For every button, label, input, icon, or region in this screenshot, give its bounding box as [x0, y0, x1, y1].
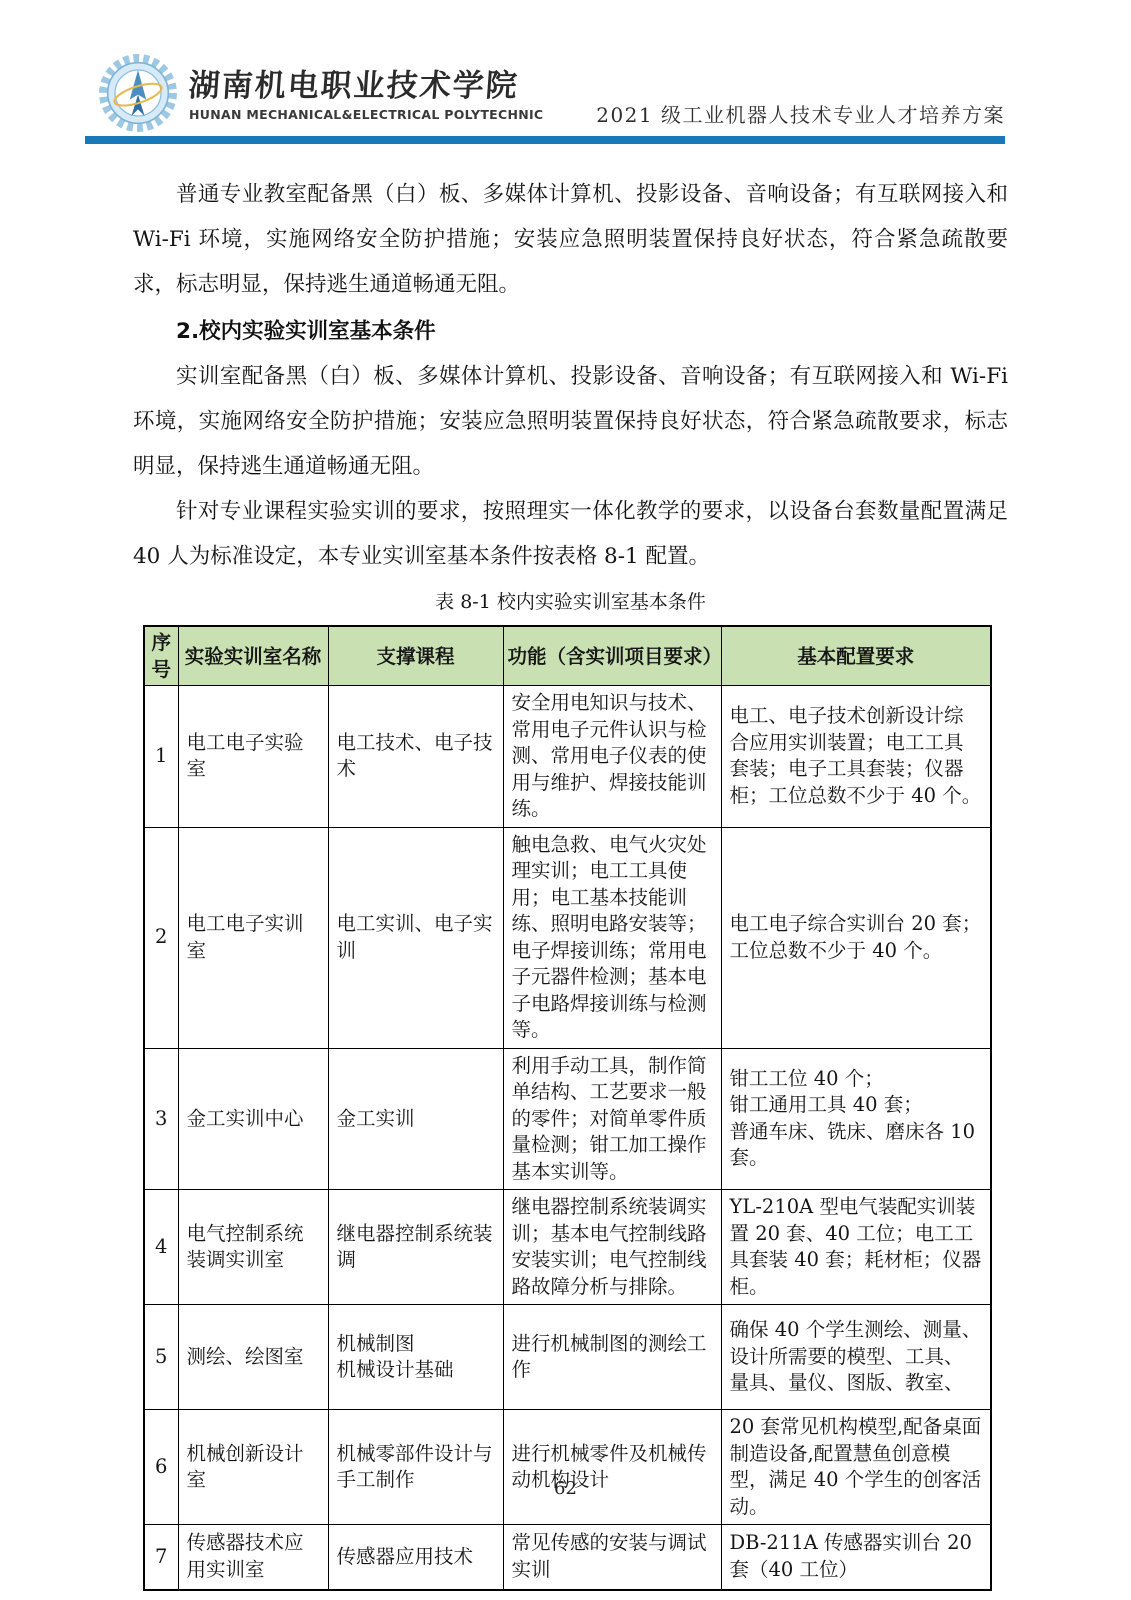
cell-function: 常见传感的安装与调试实训 — [503, 1525, 721, 1590]
cell-name: 金工实训中心 — [178, 1048, 328, 1190]
table-header-row: 序号 实验实训室名称 支撑课程 功能（含实训项目要求） 基本配置要求 — [144, 626, 991, 686]
cell-config: 确保 40 个学生测绘、测量、设计所需要的模型、工具、量具、量仪、图版、教室、 — [721, 1305, 991, 1410]
cell-function: 继电器控制系统装调实训；基本电气控制线路安装实训；电气控制线路故障分析与排除。 — [503, 1190, 721, 1305]
cell-function: 利用手动工具，制作简单结构、工艺要求一般的零件；对简单零件质量检测；钳工加工操作… — [503, 1048, 721, 1190]
header-divider — [85, 136, 1005, 144]
table-row: 6 机械创新设计室 机械零部件设计与手工制作 进行机械零件及机械传动机构设计 2… — [144, 1410, 991, 1525]
cell-config: 电工电子综合实训台 20 套；工位总数不少于 40 个。 — [721, 827, 991, 1048]
paragraph-training-rooms: 实训室配备黑（白）板、多媒体计算机、投影设备、音响设备；有互联网接入和 Wi-F… — [133, 354, 1008, 489]
cell-function: 进行机械零件及机械传动机构设计 — [503, 1410, 721, 1525]
cell-config: 20 套常见机构模型,配备桌面制造设备,配置慧鱼创意模型，满足 40 个学生的创… — [721, 1410, 991, 1525]
lab-conditions-table: 序号 实验实训室名称 支撑课程 功能（含实训项目要求） 基本配置要求 1 电工电… — [143, 625, 992, 1591]
cell-config: DB-211A 传感器实训台 20 套（40 工位） — [721, 1525, 991, 1590]
paragraph-equipment-standard: 针对专业课程实验实训的要求，按照理实一体化教学的要求，以设备台套数量配置满足 4… — [133, 489, 1008, 579]
table-row: 1 电工电子实验室 电工技术、电子技术 安全用电知识与技术、常用电子元件认识与检… — [144, 686, 991, 828]
cell-config: 电工、电子技术创新设计综合应用实训装置；电工工具套装；电子工具套装；仪器柜；工位… — [721, 686, 991, 828]
cell-no: 7 — [144, 1525, 178, 1590]
cell-name: 机械创新设计室 — [178, 1410, 328, 1525]
cell-no: 2 — [144, 827, 178, 1048]
cell-no: 6 — [144, 1410, 178, 1525]
paragraph-classrooms: 普通专业教室配备黑（白）板、多媒体计算机、投影设备、音响设备；有互联网接入和 W… — [133, 172, 1008, 307]
school-name: 湖南机电职业技术学院 HUNAN MECHANICAL&ELECTRICAL P… — [189, 60, 543, 126]
cell-courses: 机械零部件设计与手工制作 — [328, 1410, 503, 1525]
page-header: 湖南机电职业技术学院 HUNAN MECHANICAL&ELECTRICAL P… — [0, 0, 1131, 144]
col-header-config: 基本配置要求 — [721, 626, 991, 686]
cell-function: 触电急救、电气火灾处理实训；电工工具使用；电工基本技能训练、照明电路安装等； 电… — [503, 827, 721, 1048]
cell-courses: 电工技术、电子技术 — [328, 686, 503, 828]
table-row: 2 电工电子实训室 电工实训、电子实训 触电急救、电气火灾处理实训；电工工具使用… — [144, 827, 991, 1048]
cell-courses: 机械制图 机械设计基础 — [328, 1305, 503, 1410]
cell-name: 电工电子实训室 — [178, 827, 328, 1048]
table-row: 4 电气控制系统装调实训室 继电器控制系统装调 继电器控制系统装调实训；基本电气… — [144, 1190, 991, 1305]
cell-name: 传感器技术应用实训室 — [178, 1525, 328, 1590]
cell-name: 电气控制系统装调实训室 — [178, 1190, 328, 1305]
gear-icon — [97, 52, 179, 134]
cell-courses: 传感器应用技术 — [328, 1525, 503, 1590]
col-header-courses: 支撑课程 — [328, 626, 503, 686]
document-page: 湖南机电职业技术学院 HUNAN MECHANICAL&ELECTRICAL P… — [0, 0, 1131, 1600]
school-name-en: HUNAN MECHANICAL&ELECTRICAL POLYTECHNIC — [189, 107, 543, 122]
cell-name: 电工电子实验室 — [178, 686, 328, 828]
cell-courses: 电工实训、电子实训 — [328, 827, 503, 1048]
table-row: 3 金工实训中心 金工实训 利用手动工具，制作简单结构、工艺要求一般的零件；对简… — [144, 1048, 991, 1190]
cell-courses: 金工实训 — [328, 1048, 503, 1190]
cell-no: 5 — [144, 1305, 178, 1410]
cell-courses: 继电器控制系统装调 — [328, 1190, 503, 1305]
cell-function: 安全用电知识与技术、常用电子元件认识与检测、常用电子仪表的使用与维护、焊接技能训… — [503, 686, 721, 828]
cell-config: YL-210A 型电气装配实训装置 20 套、40 工位；电工工具套装 40 套… — [721, 1190, 991, 1305]
col-header-function: 功能（含实训项目要求） — [503, 626, 721, 686]
page-content: 普通专业教室配备黑（白）板、多媒体计算机、投影设备、音响设备；有互联网接入和 W… — [133, 172, 1008, 1591]
school-logo: 湖南机电职业技术学院 HUNAN MECHANICAL&ELECTRICAL P… — [85, 52, 543, 134]
page-number: 62 — [0, 1478, 1131, 1499]
document-title: 2021 级工业机器人技术专业人才培养方案 — [596, 99, 1005, 134]
col-header-name: 实验实训室名称 — [178, 626, 328, 686]
cell-name: 测绘、绘图室 — [178, 1305, 328, 1410]
school-name-zh: 湖南机电职业技术学院 — [187, 60, 545, 105]
cell-no: 3 — [144, 1048, 178, 1190]
table-row: 5 测绘、绘图室 机械制图 机械设计基础 进行机械制图的测绘工作 确保 40 个… — [144, 1305, 991, 1410]
table-caption: 表 8-1 校内实验实训室基本条件 — [133, 587, 1008, 617]
cell-no: 4 — [144, 1190, 178, 1305]
section-heading: 2.校内实验实训室基本条件 — [133, 309, 1008, 354]
table-row: 7 传感器技术应用实训室 传感器应用技术 常见传感的安装与调试实训 DB-211… — [144, 1525, 991, 1590]
cell-config: 钳工工位 40 个； 钳工通用工具 40 套； 普通车床、铣床、磨床各 10 套… — [721, 1048, 991, 1190]
cell-function: 进行机械制图的测绘工作 — [503, 1305, 721, 1410]
col-header-no: 序号 — [144, 626, 178, 686]
cell-no: 1 — [144, 686, 178, 828]
